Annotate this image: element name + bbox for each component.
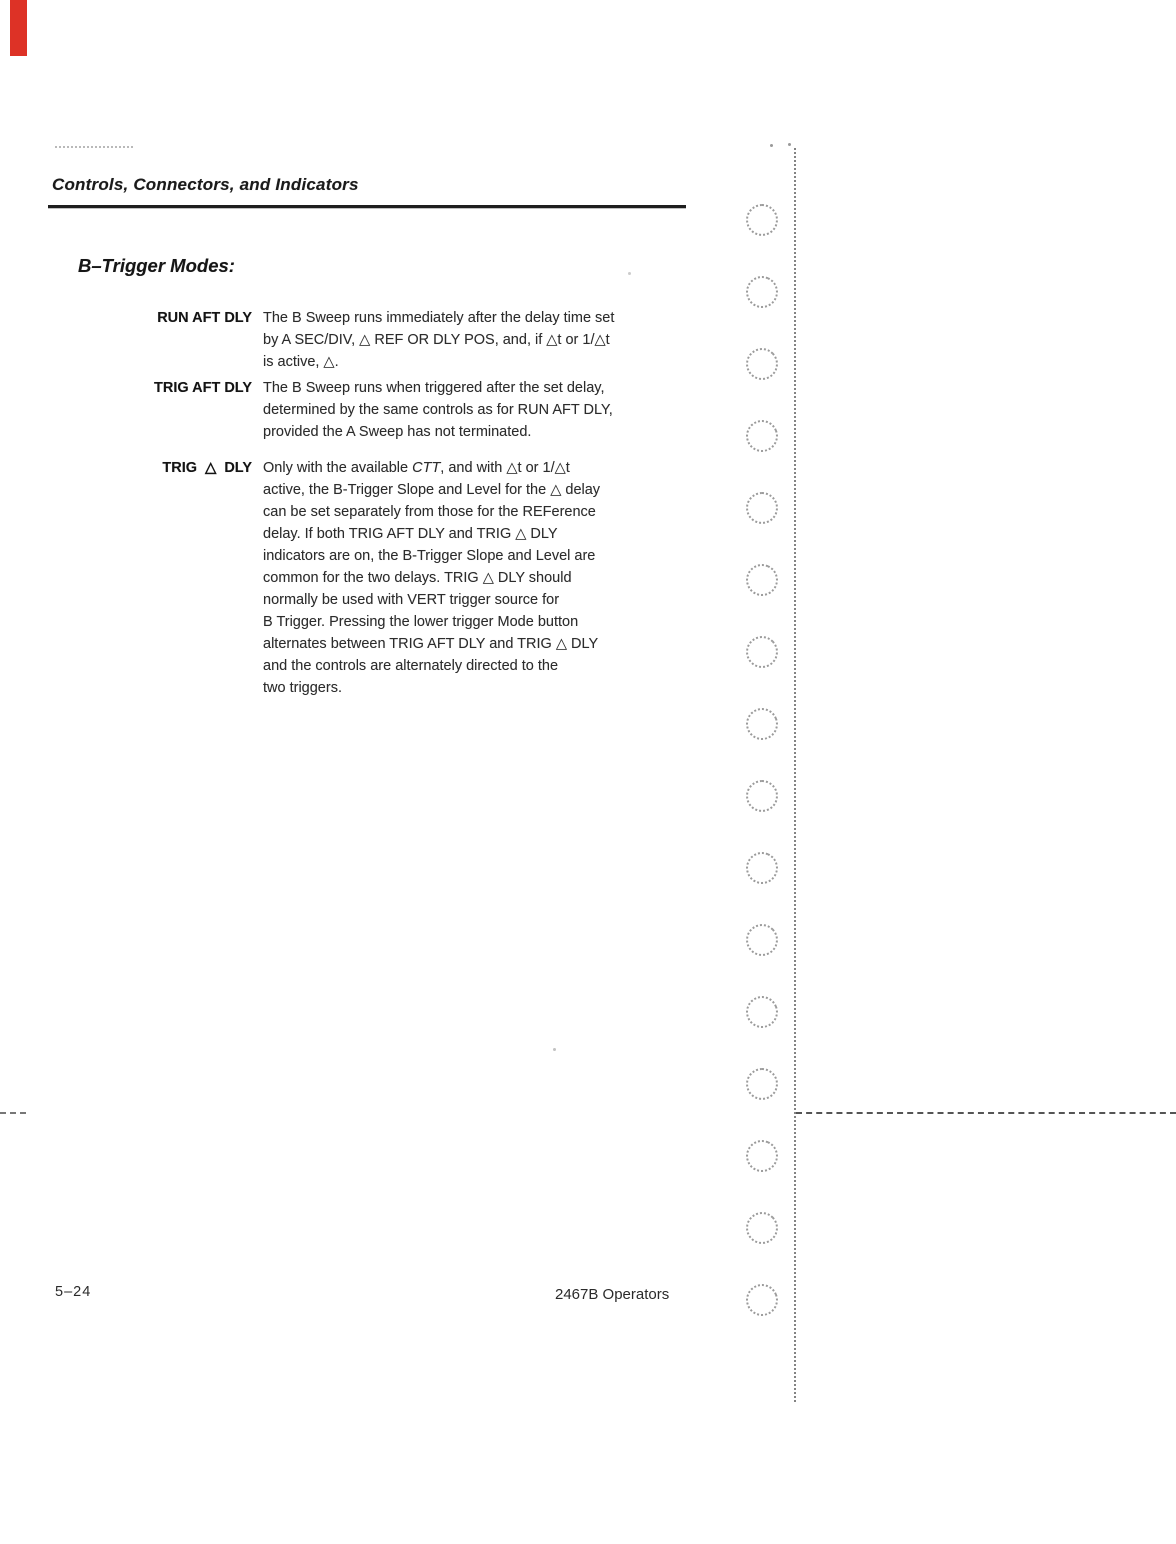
manual-page: Controls, Connectors, and Indicators B–T…: [0, 0, 1176, 1544]
text-line: The B Sweep runs immediately after the d…: [263, 307, 673, 329]
text-line: The B Sweep runs when triggered after th…: [263, 377, 673, 399]
text-line: determined by the same controls as for R…: [263, 399, 673, 421]
term-label: TRIG AFT DLY: [130, 377, 252, 399]
binding-hole: [739, 341, 784, 386]
page-number: 5–24: [55, 1284, 91, 1300]
running-header-title: Controls, Connectors, and Indicators: [52, 175, 359, 195]
red-registration-mark: [10, 0, 27, 56]
binding-hole: [741, 1135, 783, 1177]
text-line: normally be used with VERT trigger sourc…: [263, 589, 673, 611]
term-description: The B Sweep runs when triggered after th…: [263, 377, 673, 443]
text-line: delay. If both TRIG AFT DLY and TRIG △ D…: [263, 523, 673, 545]
text-line: is active, △.: [263, 351, 673, 373]
text-line: and the controls are alternately directe…: [263, 655, 673, 677]
text-line: indicators are on, the B-Trigger Slope a…: [263, 545, 673, 567]
term-description: Only with the available CTT, and with △t…: [263, 457, 673, 699]
binding-hole: [746, 492, 778, 524]
binding-hole: [741, 271, 783, 313]
text-line: alternates between TRIG AFT DLY and TRIG…: [263, 633, 673, 655]
scan-speck: [553, 1048, 556, 1051]
italic-text-segment: CTT: [412, 460, 440, 476]
text-line: provided the A Sweep has not terminated.: [263, 421, 673, 443]
text-line: two triggers.: [263, 677, 673, 699]
scan-speck: [628, 272, 631, 275]
binding-hole: [739, 1205, 784, 1250]
text-segment: Only with the available: [263, 460, 412, 476]
text-line: common for the two delays. TRIG △ DLY sh…: [263, 567, 673, 589]
binder-vertical-line: [794, 148, 796, 1402]
binding-hole: [746, 780, 778, 812]
text-line: B Trigger. Pressing the lower trigger Mo…: [263, 611, 673, 633]
binding-hole: [741, 559, 783, 601]
binding-hole: [741, 703, 782, 744]
binding-hole: [746, 1068, 778, 1100]
scan-speck: [770, 144, 773, 147]
header-rule: [48, 205, 686, 208]
text-line: active, the B-Trigger Slope and Level fo…: [263, 479, 673, 501]
fold-dash-line-right: [796, 1112, 1176, 1114]
binding-hole: [739, 629, 784, 674]
text-line: by A SEC/DIV, △ REF OR DLY POS, and, if …: [263, 329, 673, 351]
scan-dots-row: [55, 146, 133, 148]
binding-hole: [741, 991, 782, 1032]
term-label: RUN AFT DLY: [130, 307, 252, 329]
section-title: B–Trigger Modes:: [78, 255, 235, 277]
document-title-footer: 2467B Operators: [555, 1286, 669, 1303]
term-label: TRIG △ DLY: [130, 457, 252, 479]
binding-hole: [739, 917, 784, 962]
scan-speck: [788, 143, 791, 146]
text-line: Only with the available CTT, and with △t…: [263, 457, 673, 479]
binding-hole: [741, 415, 782, 456]
term-description: The B Sweep runs immediately after the d…: [263, 307, 673, 373]
binding-hole: [746, 204, 778, 236]
text-segment: , and with △t or 1/△t: [440, 460, 570, 476]
fold-dash-line-left: [0, 1112, 26, 1114]
text-line: can be set separately from those for the…: [263, 501, 673, 523]
binding-hole: [741, 847, 783, 889]
binding-hole: [741, 1279, 782, 1320]
